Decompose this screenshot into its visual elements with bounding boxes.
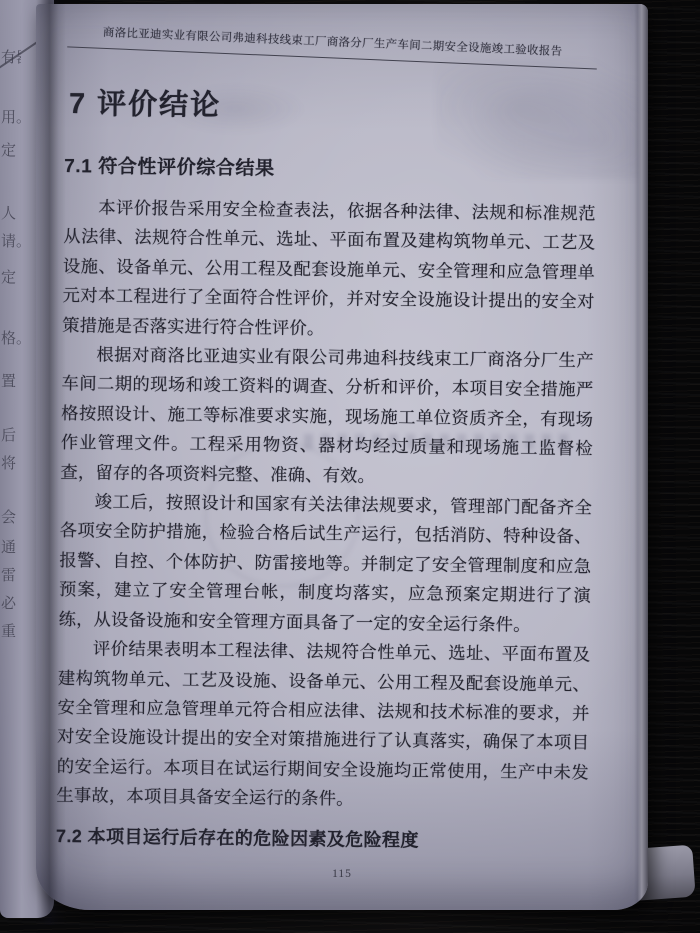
prev-page-text-fragment: 重	[1, 620, 21, 641]
prev-page-text-fragment: 将	[1, 452, 21, 473]
report-page: 商洛比亚迪实业有限公司弗迪科技线束工厂商洛分厂生产车间二期安全设施竣工验收报告 …	[36, 4, 648, 910]
running-header: 商洛比亚迪实业有限公司弗迪科技线束工厂商洛分厂生产车间二期安全设施竣工验收报告	[67, 12, 598, 69]
section-7-1-body: 本评价报告采用安全检查表法，依据各种法律、法规和标准规范从法律、法规符合性单元、…	[56, 193, 596, 817]
prev-page-text-fragment: 雷	[1, 564, 21, 585]
prev-page-text-fragment: 人	[1, 202, 21, 223]
prev-page-text-fragment: 有器	[1, 46, 21, 67]
paragraph: 根据对商洛比亚迪实业有限公司弗迪科技线束工厂商洛分厂生产车间二期的现场和竣工资料…	[60, 340, 594, 494]
paragraph: 竣工后，按照设计和国家有关法律法规要求，管理部门配备齐全各项安全防护措施，检验合…	[58, 487, 592, 641]
prev-page-text-fragment: 会	[1, 506, 21, 527]
section-7-2-title: 7.2 本项目运行后存在的危险因素及危险程度	[56, 821, 588, 853]
paragraph: 本评价报告采用安全检查表法，依据各种法律、法规和标准规范从法律、法规符合性单元、…	[62, 193, 596, 347]
prev-page-text-fragment: 用。	[1, 106, 21, 127]
prev-page-text-fragment: 置	[1, 370, 21, 391]
prev-page-text-fragment: 定	[1, 266, 21, 287]
prev-page-text-fragment: 通	[1, 536, 21, 557]
prev-page-text-fragment: 定	[1, 139, 21, 160]
prev-page-text-fragment: 格。	[1, 327, 21, 348]
page-number: 115	[36, 868, 648, 880]
book-page-edge	[634, 4, 648, 910]
section-7-1-title: 7.1 符合性评价综合结果	[64, 151, 596, 184]
prev-page-text-fragment: 必	[1, 592, 21, 613]
prev-page-text-fragment: 请。	[1, 230, 21, 251]
paragraph: 评价结果表明本工程法律、法规符合性单元、选址、平面布置及建构筑物单元、工艺及设施…	[56, 634, 590, 817]
page-content: 商洛比亚迪实业有限公司弗迪科技线束工厂商洛分厂生产车间二期安全设施竣工验收报告 …	[56, 18, 598, 854]
chapter-title: 7 评价结论	[69, 81, 597, 128]
prev-page-text-fragment: 后	[1, 424, 21, 445]
